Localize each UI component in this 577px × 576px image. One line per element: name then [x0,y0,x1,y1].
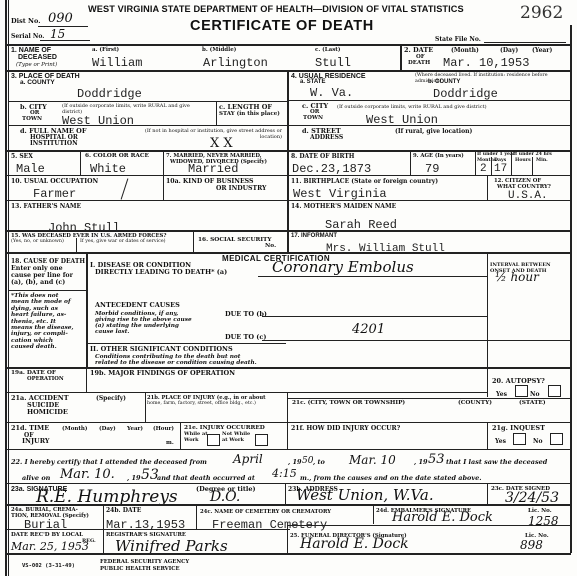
city-label-3: TOWN [22,116,42,123]
burial-date-label: 24b. DATE [106,507,141,514]
occupation: Farmer [33,188,76,200]
injury-state-label: (STATE) [519,400,546,407]
divider [287,392,288,422]
divider [487,367,488,397]
injury-hour-label: (Hour) [153,426,174,432]
antecedent-note: Morbid conditions, if any, giving rise t… [95,311,192,335]
divider [5,504,571,506]
race-label: 6. COLOR OR RACE [85,153,149,160]
name-label-3: (Type or Print) [16,62,57,68]
autopsy-no-label: No [530,391,540,398]
business-label: 10a. KIND OF BUSINESS [166,178,253,185]
divider [287,230,289,252]
autopsy-label: 20. AUTOPSY? [492,378,545,385]
cause-note-line: (a), (b), and (c) [11,279,85,286]
days: 17 [494,163,507,175]
divider [5,392,487,393]
certify-text-7: , 19 [127,475,141,482]
month-label: (Month) [451,47,479,54]
not-while-at-work-checkbox[interactable] [255,434,268,446]
autopsy-no-checkbox[interactable] [548,385,561,397]
residence-city-label-3: TOWN [303,115,323,122]
homicide-label: HOMICIDE [27,409,68,416]
attended-to-date: Mar. 10 [349,453,396,467]
length-of-stay-label-2: STAY (in this place) [219,111,280,117]
divider [9,125,287,126]
certify-text-2: , 19 [288,459,302,466]
attended-to-year: 53 [428,452,445,467]
serial-no-label: Serial No. [11,33,44,40]
divider [287,525,288,553]
antecedent-note-line: cause last. [95,329,192,335]
serial-no: 15 [50,27,65,41]
age-label: 9. AGE (In years) [413,153,464,160]
divider [487,175,488,200]
months: 2 [480,163,487,175]
divider [86,252,88,367]
divider [258,276,488,277]
divider [287,200,289,230]
race: White [90,163,126,175]
name-label-2: DECEASED [18,54,57,61]
specify-label: (Specify) [96,395,126,402]
dob-label: 8. DATE OF BIRTH [291,153,354,160]
residence-state: W. Va. [310,87,353,99]
ssn-label-2: No. [265,243,276,250]
death-certificate: Dist No. 090 Serial No. 15 WEST VIRGINIA… [0,0,577,576]
length-of-stay-label: c. LENGTH OF [219,104,272,111]
injury-city-label: 21c. (CITY, TOWN OR TOWNSHIP) [292,400,405,407]
cause-a: Coronary Embolus [272,258,414,276]
left-border [5,0,7,576]
cause-note: Enter only one cause per line for (a), (… [11,265,85,286]
injury-county-label: (COUNTY) [458,400,492,407]
divider [410,150,411,175]
mother-label: 14. MOTHER'S MAIDEN NAME [291,203,396,210]
marital-status: Married [188,163,238,175]
first-name: William [92,57,142,69]
time-of-injury-label-3: INJURY [22,438,50,445]
last-name: Stull [315,57,351,69]
cause-note-line: Enter only one [11,265,85,272]
right-border [570,25,572,553]
divider [532,157,533,175]
inquest-yes-label: Yes [495,438,506,445]
death-county: Doddridge [77,88,142,100]
certify-text-9: m., from the causes and on the date stat… [300,475,482,482]
agency-title: WEST VIRGINIA STATE DEPARTMENT OF HEALTH… [88,4,464,14]
other-conditions-note-2: related to the disease or condition caus… [95,360,257,367]
date-of-death-label-3: DEATH [408,60,430,67]
divider [193,230,194,252]
certify-text-3: , to [313,459,325,466]
father-label: 13. FATHER'S NAME [11,203,81,210]
divider [475,150,476,175]
while-at-work-checkbox[interactable] [207,434,220,446]
year-label: (Year) [532,47,552,54]
date-of-death-label: 2. DATE [404,47,433,54]
divider [5,44,571,46]
street-note: (If rural, give location) [395,129,472,135]
embalmer-signature: Harold E. Dock [392,510,493,525]
inquest-yes-checkbox[interactable] [513,433,526,445]
injury-place-label-2: home, farm, factory, street, office bldg… [147,401,256,407]
residence-city-note: (If outside corporate limits, write RURA… [337,104,487,110]
divider [180,422,181,449]
disease-label-2: DIRECTLY LEADING TO DEATH* (a) [95,269,227,276]
min-label: Min. [536,158,548,164]
divider [373,504,374,524]
divider [487,252,488,367]
alive-on-date: Mar. 10. [60,467,115,482]
slash-mark [121,178,129,199]
federal-agency: FEDERAL SECURITY AGENCY [100,559,189,566]
injury-day-label: (Day) [99,426,116,432]
divider [76,238,77,252]
date-of-birth: Dec.23,1873 [292,163,371,175]
due-to-c-label: DUE TO (c) [225,334,266,341]
divider [400,44,402,70]
director-lic-no: 898 [520,538,543,552]
injury-year-label: Year) [127,426,143,432]
autopsy-yes-checkbox[interactable] [515,385,528,397]
date-received: Mar. 25, 1953 [11,540,89,553]
hospital-value: X X [210,136,233,151]
public-health-service: PUBLIC HEALTH SERVICE [100,566,180,573]
divider [5,553,571,555]
divider [9,101,287,102]
cemetery-label: 24c. NAME OF CEMETERY OR CREMATORY [200,509,331,516]
divider [287,398,571,399]
certificate-number: 2962 [520,3,563,23]
death-time: 4:15 [272,467,297,480]
divider [287,125,571,126]
antecedent-label: ANTECEDENT CAUSES [95,302,180,309]
divider [9,290,86,291]
dist-no: 090 [48,11,73,26]
divider [40,40,90,41]
footnote: *This does not mean the mode of dying, s… [11,293,85,351]
not-while-at-work-label: Not While at Work [222,432,256,443]
form-number: VS-002 (3-31-49) [22,563,75,570]
birthplace-label: 11. BIRTHPLACE (State or foreign country… [291,178,438,185]
armed-forces-note-2: If yes, give war or dates of service) [80,239,166,245]
divider [487,422,488,449]
time-of-injury-label: 21d. TIME [11,425,49,432]
physician-address: West Union, W.Va. [296,486,434,504]
first-name-label: a. (First) [92,47,119,53]
day-label: (Day) [500,47,518,54]
funeral-director-signature: Harold E. Dock [300,536,409,552]
birthplace: West Virginia [293,188,387,200]
interval: ½ hour [495,270,539,284]
certify-text-8: and that death occurred at [157,475,255,482]
footnote-line: caused death. [11,344,85,350]
divider [511,150,512,175]
physician-degree: D.O. [210,489,240,505]
hours-label: Hours [515,158,531,164]
street-label-2: ADDRESS [310,134,343,141]
ssn-label: 16. SOCIAL SECURITY [198,237,272,244]
due-to-b-label: DUE TO (b) [225,311,267,318]
inquest-label: 21g. INQUEST [492,425,545,432]
divider [86,343,286,344]
certify-text-1: 22. I hereby certify that I attended the… [11,459,207,466]
cause-note-line: cause per line for [11,272,85,279]
certify-text-6: alive on [22,475,50,482]
injury-month-label: (Month) [62,426,88,432]
divider [487,483,488,504]
inquest-no-checkbox[interactable] [550,433,563,445]
divider [491,157,492,175]
date-received-label: DATE REC'D BY LOCAL [11,532,83,539]
divider [5,449,571,450]
divider [287,100,571,101]
certify-text-4: , 19 [414,459,428,466]
cause-code: 4201 [352,322,385,337]
age: 79 [425,163,439,175]
divider [287,70,289,150]
divider [285,483,286,504]
middle-name: Arlington [203,57,268,69]
autopsy-yes-label: Yes [496,391,507,398]
divider [484,42,566,43]
divider [86,367,87,392]
findings-label: 19b. MAJOR FINDINGS OF OPERATION [90,370,235,377]
sex-label: 5. SEX [11,153,33,160]
date-of-death: Mar. 10,1953 [443,57,529,69]
divider [262,340,571,341]
hospital-note: (If not in hospital or institution, give… [122,128,282,140]
informant-label: 17. INFORMANT [291,233,337,240]
armed-forces-note-1: (Yes, no, or unknown) [11,239,64,245]
inquest-no-label: No [533,438,543,445]
name-label: 1. NAME OF [11,47,51,54]
left-border-inner [8,0,9,576]
sex: Male [16,163,45,175]
injury-m-label: m. [166,440,174,446]
divider [287,422,288,449]
residence-county: Doddridge [433,88,498,100]
residence-state-label: a. STATE [300,79,325,86]
operation-date-label-2: OPERATION [27,376,64,383]
certificate-title: CERTIFICATE OF DEATH [190,18,374,34]
divider [145,392,146,422]
divider [262,316,488,317]
other-conditions-label: II. OTHER SIGNIFICANT CONDITIONS [90,346,233,353]
attended-from-year: 50 [302,456,313,466]
divider [5,529,290,530]
state-file-label: State File No. [435,36,481,43]
county-label: a. COUNTY [20,79,55,86]
attended-from-month: April [233,452,263,466]
divider [216,101,217,125]
cause-of-death-label: 18. CAUSE OF DEATH [11,258,85,265]
last-name-label: c. (Last) [315,47,340,53]
certify-text-5: that I last saw the deceased [446,459,547,466]
how-injury-occurred-label: 21f. HOW DID INJURY OCCUR? [291,425,400,432]
business-label-2: OR INDUSTRY [216,185,266,192]
divider [196,504,197,529]
hospital-label-3: INSTITUTION [30,140,78,147]
middle-name-label: b. (Middle) [202,47,236,53]
dist-no-label: Dist No. [11,18,40,25]
residence-county-label: b. COUNTY [428,79,460,86]
divider [80,150,81,175]
occupation-label: 10. USUAL OCCUPATION [11,178,98,185]
divider [287,525,571,526]
